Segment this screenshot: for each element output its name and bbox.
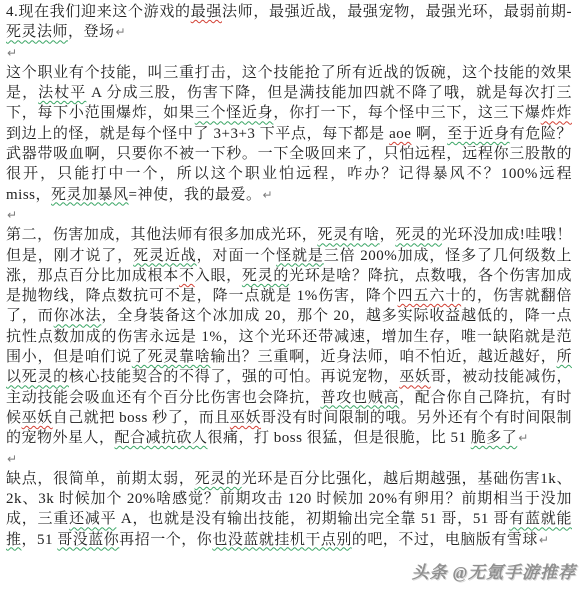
text-run: ， <box>380 227 396 243</box>
green-squiggle-text-run: 死灵的 <box>395 227 442 243</box>
red-squiggle-text-run: 巫妖 <box>399 369 430 385</box>
text-run: 输出？三重啊，近身法师，咱不怕近，越近越好， <box>210 349 556 365</box>
red-squiggle-text-run: 最强 <box>191 4 222 20</box>
empty-paragraph: ↵ <box>6 205 572 225</box>
text-run: 核心技能契合的不得了，强的可怕。再说宠物， <box>69 369 399 385</box>
green-squiggle-text-run: 怪就是 <box>276 248 324 264</box>
green-squiggle-text-run: 也没蓝就挂机干点别 <box>212 532 352 548</box>
green-squiggle-text-run: 法杖平 <box>38 85 86 101</box>
text-run: ，对面一个 <box>197 248 276 264</box>
green-squiggle-text-run: 至于近身 <box>447 126 510 142</box>
text-run: 的吧，不过，电脑版有雪球 <box>352 532 538 548</box>
green-squiggle-text-run: 了死灵靠啥 <box>132 349 211 365</box>
text-run: 再招一个，你 <box>119 532 212 548</box>
text-run: 很痛，打 boss 很猛，但是很脆，比 51 <box>208 430 471 446</box>
red-squiggle-text-run: aoe <box>389 126 411 142</box>
empty-paragraph: ↵ <box>6 449 572 469</box>
paragraph: 缺点，很简单，前期太弱，死灵的光环是百分比强化，越后期越强，基础伤害1k、2k、… <box>6 469 572 550</box>
green-squiggle-text-run: 死灵加暴风 <box>51 187 129 203</box>
text-run: ，你打一下，每个怪中三下，这三下爆 <box>273 105 540 121</box>
text-run: 啊， <box>411 126 447 142</box>
green-squiggle-text-run: 配合减抗砍人 <box>115 430 208 446</box>
green-squiggle-text-run: 死灵的 <box>242 268 289 284</box>
paragraph: 这个职业有个技能，叫三重打击，这个技能抢了所有近战的饭碗，这个技能的效果是，法杖… <box>6 63 572 205</box>
text-run: ，登场 <box>68 24 115 40</box>
paragraph-mark-icon: ↵ <box>7 452 18 466</box>
empty-paragraph: ↵ <box>6 43 572 63</box>
green-squiggle-text-run: 你冰法 <box>54 308 102 324</box>
paragraph-mark-icon: ↵ <box>263 188 274 202</box>
green-squiggle-text-run: 三个怪近身 <box>195 105 274 121</box>
green-squiggle-text-run: 脆多了 <box>471 430 518 446</box>
green-squiggle-text-run: 还减平 <box>69 511 116 527</box>
green-squiggle-text-run: 哥没蓝你 <box>57 532 119 548</box>
text-run: 自己就把 boss 秒了，而且 <box>53 410 230 426</box>
text-run: 入眼， <box>195 268 242 284</box>
green-squiggle-text-run: 死灵的 <box>195 471 242 487</box>
paragraph-mark-icon: ↵ <box>7 46 18 60</box>
text-run: 4.现在我们迎来这个游戏的 <box>6 4 191 20</box>
text-run: =神使，我的最爱。 <box>129 187 262 203</box>
paragraph-mark-icon: ↵ <box>518 431 529 445</box>
green-squiggle-text-run: 普攻也贼高 <box>321 390 400 406</box>
text-run: 缺点，很简单，前期太弱， <box>6 471 195 487</box>
red-squiggle-text-run: 四五六十 <box>398 288 462 304</box>
red-squiggle-text-run: 炸炸 <box>541 105 572 121</box>
text-run: ，51 <box>22 532 58 548</box>
text-run: 法师，最强近战，最强宠物，最强光环，最弱前期- <box>222 4 572 20</box>
red-squiggle-text-run: 巫妖 <box>22 410 53 426</box>
text-run: 第二，伤害加成，其他法师有很多加成光环， <box>6 227 317 243</box>
green-squiggle-text-run: 死灵法师 <box>6 24 68 40</box>
text-run: A，也就是没有输出技能，初期输出完全靠 51 哥，51 哥 <box>116 511 509 527</box>
document-body: 4.现在我们迎来这个游戏的最强法师，最强近战，最强宠物，最强光环，最弱前期-死灵… <box>0 0 580 550</box>
paragraph: 4.现在我们迎来这个游戏的最强法师，最强近战，最强宠物，最强光环，最弱前期-死灵… <box>6 2 572 43</box>
red-squiggle-text-run: 巫妖 <box>230 410 261 426</box>
paragraph-mark-icon: ↵ <box>539 533 550 547</box>
green-squiggle-text-run: 死灵近战 <box>133 248 197 264</box>
green-squiggle-text-run: 死灵有啥 <box>317 227 379 243</box>
red-squiggle-text-run: 不 <box>179 268 195 284</box>
text-run: 到边上的怪，就是每个怪中了 3+3+3 下平点，每下都是 <box>6 126 389 142</box>
paragraph: 第二，伤害加成，其他法师有很多加成光环，死灵有啥，死灵的光环没加成!哇哦！但是，… <box>6 225 572 448</box>
watermark: 头条 @无氪手游推荐 <box>412 558 576 583</box>
paragraph-mark-icon: ↵ <box>7 208 18 222</box>
paragraph-mark-icon: ↵ <box>116 25 127 39</box>
